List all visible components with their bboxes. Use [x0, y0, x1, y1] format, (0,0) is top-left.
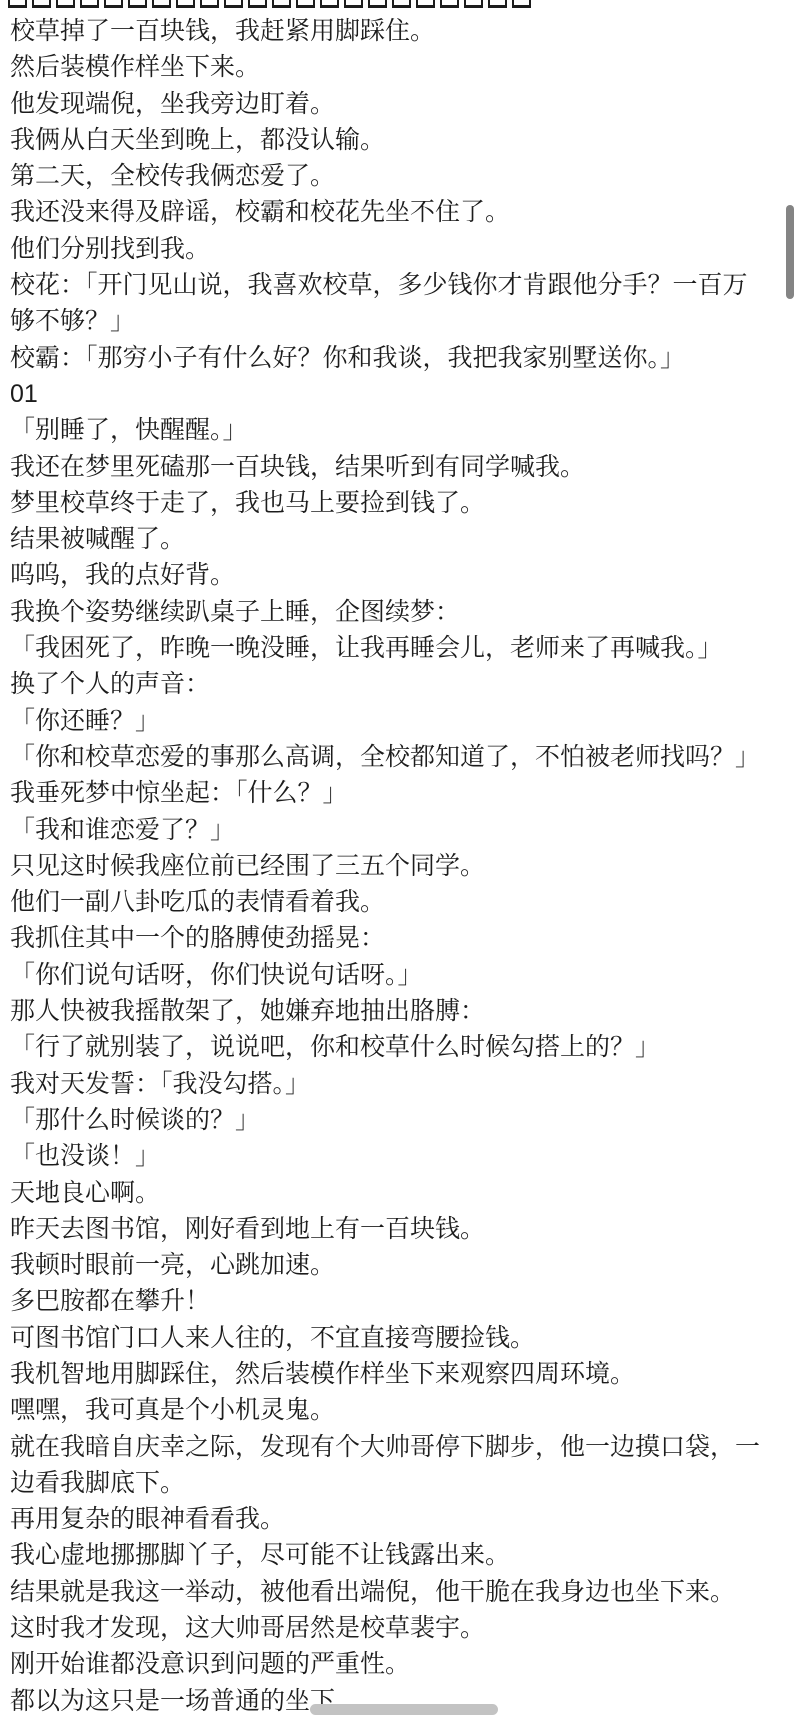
story-line: 然后装模作样坐下来。	[10, 49, 790, 85]
story-line: 校草掉了一百块钱，我赶紧用脚踩住。	[10, 13, 790, 49]
divider-segment	[104, 0, 123, 8]
story-line: 「那什么时候谈的？」	[10, 1102, 790, 1138]
story-line: 「行了就别装了，说说吧，你和校草什么时候勾搭上的？」	[10, 1029, 790, 1065]
divider-segment	[392, 0, 411, 8]
divider-segment	[56, 0, 75, 8]
divider-segment	[464, 0, 483, 8]
story-line: 「你们说句话呀，你们快说句话呀。」	[10, 957, 790, 993]
story-line: 多巴胺都在攀升！	[10, 1283, 790, 1319]
story-line: 就在我暗自庆幸之际，发现有个大帅哥停下脚步，他一边摸口袋，一	[10, 1429, 790, 1465]
story-line: 我抓住其中一个的胳膊使劲摇晃：	[10, 920, 790, 956]
story-line: 呜呜，我的点好背。	[10, 557, 790, 593]
story-line: 我顿时眼前一亮，心跳加速。	[10, 1247, 790, 1283]
divider-segment	[248, 0, 267, 8]
divider-segment	[440, 0, 459, 8]
story-line: 他们一副八卦吃瓜的表情看着我。	[10, 884, 790, 920]
story-line: 这时我才发现，这大帅哥居然是校草裴宇。	[10, 1610, 790, 1646]
divider-segment	[488, 0, 507, 8]
story-line: 我俩从白天坐到晚上，都没认输。	[10, 122, 790, 158]
story-line: 01	[10, 376, 790, 412]
story-line: 刚开始谁都没意识到问题的严重性。	[10, 1646, 790, 1682]
story-line: 我垂死梦中惊坐起：「什么？」	[10, 775, 790, 811]
divider-segment	[128, 0, 147, 8]
divider-segment	[320, 0, 339, 8]
story-line: 「别睡了，快醒醒。」	[10, 412, 790, 448]
story-line: 我对天发誓：「我没勾搭。」	[10, 1066, 790, 1102]
story-line: 只见这时候我座位前已经围了三五个同学。	[10, 848, 790, 884]
story-line: 「你还睡？」	[10, 703, 790, 739]
story-line: 校花：「开门见山说，我喜欢校草，多少钱你才肯跟他分手？一百万	[10, 267, 790, 303]
story-line: 我还没来得及辟谣，校霸和校花先坐不住了。	[10, 194, 790, 230]
story-line: 他们分别找到我。	[10, 231, 790, 267]
divider-segment	[176, 0, 195, 8]
story-line: 昨天去图书馆，刚好看到地上有一百块钱。	[10, 1211, 790, 1247]
story-line: 够不够？」	[10, 303, 790, 339]
story-line: 我心虚地挪挪脚丫子，尽可能不让钱露出来。	[10, 1537, 790, 1573]
story-line: 「我和谁恋爱了？」	[10, 812, 790, 848]
story-line: 梦里校草终于走了，我也马上要捡到钱了。	[10, 485, 790, 521]
story-line: 边看我脚底下。	[10, 1465, 790, 1501]
horizontal-scrollbar-thumb[interactable]	[310, 1704, 498, 1715]
story-line: 可图书馆门口人来人往的，不宜直接弯腰捡钱。	[10, 1320, 790, 1356]
divider-segment	[272, 0, 291, 8]
story-line: 结果被喊醒了。	[10, 521, 790, 557]
story-line: 换了个人的声音：	[10, 666, 790, 702]
story-line: 我还在梦里死磕那一百块钱，结果听到有同学喊我。	[10, 449, 790, 485]
story-line: 再用复杂的眼神看看我。	[10, 1501, 790, 1537]
story-line: 那人快被我摇散架了，她嫌弃地抽出胳膊：	[10, 993, 790, 1029]
divider-segment	[8, 0, 27, 8]
story-line: 结果就是我这一举动，被他看出端倪，他干脆在我身边也坐下来。	[10, 1574, 790, 1610]
story-line: 我机智地用脚踩住，然后装模作样坐下来观察四周环境。	[10, 1356, 790, 1392]
story-text: 校草掉了一百块钱，我赶紧用脚踩住。然后装模作样坐下来。他发现端倪，坐我旁边盯着。…	[10, 13, 790, 1719]
divider-segment	[296, 0, 315, 8]
story-line: 他发现端倪，坐我旁边盯着。	[10, 86, 790, 122]
divider-segment	[368, 0, 387, 8]
divider-segment	[344, 0, 363, 8]
story-line: 天地良心啊。	[10, 1175, 790, 1211]
story-line: 嘿嘿，我可真是个小机灵鬼。	[10, 1392, 790, 1428]
story-line: 「也没谈！」	[10, 1138, 790, 1174]
divider-segment	[200, 0, 219, 8]
page-top-divider	[8, 0, 531, 8]
vertical-scrollbar-thumb[interactable]	[786, 205, 794, 299]
story-line: 「我困死了，昨晚一晚没睡，让我再睡会儿，老师来了再喊我。」	[10, 630, 790, 666]
divider-segment	[80, 0, 99, 8]
story-line: 校霸：「那穷小子有什么好？你和我谈，我把我家别墅送你。」	[10, 340, 790, 376]
divider-segment	[32, 0, 51, 8]
divider-segment	[512, 0, 531, 8]
divider-segment	[224, 0, 243, 8]
story-line: 我换个姿势继续趴桌子上睡，企图续梦：	[10, 594, 790, 630]
divider-segment	[416, 0, 435, 8]
story-line: 「你和校草恋爱的事那么高调，全校都知道了，不怕被老师找吗？」	[10, 739, 790, 775]
divider-segment	[152, 0, 171, 8]
story-line: 第二天，全校传我俩恋爱了。	[10, 158, 790, 194]
